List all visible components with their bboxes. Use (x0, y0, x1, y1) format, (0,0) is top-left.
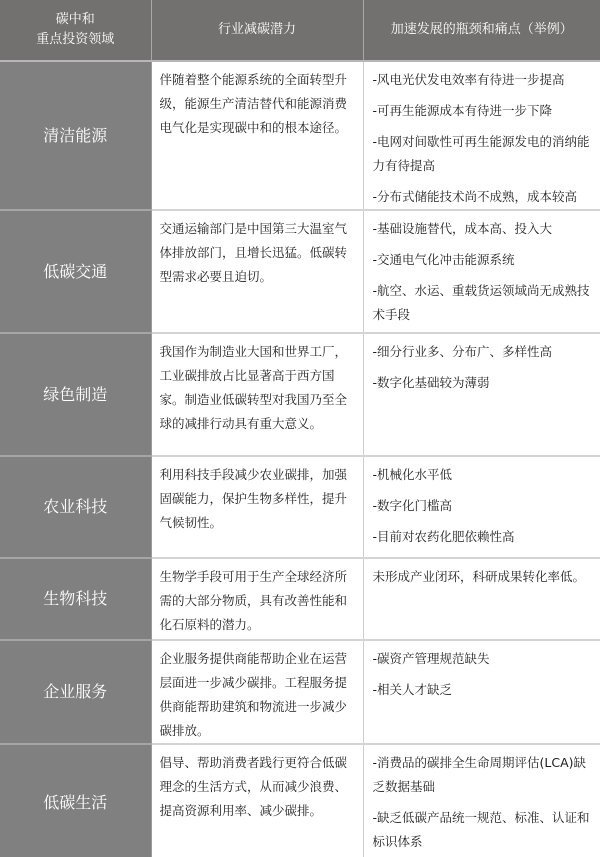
table-row: 清洁能源 伴随着整个能源系统的全面转型升级，能源生产清洁替代和能源消费电气化是实… (0, 61, 600, 210)
pain-point: 未形成产业闭环，科研成果转化率低。 (373, 565, 594, 589)
pain-point: -细分行业多、分布广、多样性高 (373, 340, 594, 364)
pain-point: -相关人才缺乏 (373, 678, 594, 702)
pain-point: -碳资产管理规范缺失 (373, 647, 594, 671)
potential-cell: 利用科技手段减少农业碳排，加强固碳能力，保护生物多样性，提升气候韧性。 (151, 456, 363, 558)
pain-point: -电网对间歇性可再生能源发电的消纳能力有待提高 (373, 130, 594, 178)
pain-point: -可再生能源成本有待进一步下降 (373, 99, 594, 123)
pain-points-cell: -消费品的碳排全生命周期评估(LCA)缺乏数据基础 -缺乏低碳产品统一规范、标准… (363, 744, 600, 857)
pain-point: -缺乏低碳产品统一规范、标准、认证和标识体系 (373, 806, 594, 854)
domain-cell: 绿色制造 (0, 333, 151, 456)
domain-cell: 生物科技 (0, 558, 151, 640)
header-col1-line2: 重点投资领域 (4, 30, 147, 50)
pain-points-cell: -碳资产管理规范缺失 -相关人才缺乏 (363, 640, 600, 744)
potential-cell: 我国作为制造业大国和世界工厂，工业碳排放占比显著高于西方国家。制造业低碳转型对我… (151, 333, 363, 456)
pain-point: -基础设施替代，成本高、投入大 (373, 217, 594, 241)
table-row: 绿色制造 我国作为制造业大国和世界工厂，工业碳排放占比显著高于西方国家。制造业低… (0, 333, 600, 456)
pain-point: -目前对农药化肥依赖性高 (373, 525, 594, 549)
pain-points-cell: -风电光伏发电效率有待进一步提高 -可再生能源成本有待进一步下降 -电网对间歇性… (363, 61, 600, 210)
potential-cell: 伴随着整个能源系统的全面转型升级，能源生产清洁替代和能源消费电气化是实现碳中和的… (151, 61, 363, 210)
header-row: 碳中和 重点投资领域 行业减碳潜力 加速发展的瓶颈和痛点（举例） (0, 0, 600, 61)
potential-cell: 生物学手段可用于生产全球经济所需的大部分物质，具有改善性能和化石原料的潜力。 (151, 558, 363, 640)
table-row: 生物科技 生物学手段可用于生产全球经济所需的大部分物质，具有改善性能和化石原料的… (0, 558, 600, 640)
table-body: 清洁能源 伴随着整个能源系统的全面转型升级，能源生产清洁替代和能源消费电气化是实… (0, 61, 600, 857)
pain-point: -数字化门槛高 (373, 494, 594, 518)
pain-point: -交通电气化冲击能源系统 (373, 248, 594, 272)
header-investment-domain: 碳中和 重点投资领域 (0, 0, 151, 61)
domain-cell: 清洁能源 (0, 61, 151, 210)
table-row: 低碳交通 交通运输部门是中国第三大温室气体排放部门，且增长迅猛。低碳转型需求必要… (0, 210, 600, 333)
pain-points-cell: -基础设施替代，成本高、投入大 -交通电气化冲击能源系统 -航空、水运、重载货运… (363, 210, 600, 333)
pain-point: -消费品的碳排全生命周期评估(LCA)缺乏数据基础 (373, 751, 594, 799)
domain-cell: 低碳交通 (0, 210, 151, 333)
domain-cell: 低碳生活 (0, 744, 151, 857)
potential-cell: 企业服务提供商能帮助企业在运营层面进一步减少碳排。工程服务提供商能帮助建筑和物流… (151, 640, 363, 744)
domain-cell: 农业科技 (0, 456, 151, 558)
table-row: 低碳生活 倡导、帮助消费者践行更符合低碳理念的生活方式，从而减少浪费、提高资源利… (0, 744, 600, 857)
pain-points-cell: -细分行业多、分布广、多样性高 -数字化基础较为薄弱 (363, 333, 600, 456)
pain-point: -分布式储能技术尚不成熟，成本较高 (373, 185, 594, 209)
pain-point: -风电光伏发电效率有待进一步提高 (373, 68, 594, 92)
header-reduction-potential: 行业减碳潜力 (151, 0, 363, 61)
domain-cell: 企业服务 (0, 640, 151, 744)
header-col1-line1: 碳中和 (4, 10, 147, 30)
pain-point: -航空、水运、重载货运领域尚无成熟技术手段 (373, 279, 594, 327)
pain-point: -机械化水平低 (373, 463, 594, 487)
pain-points-cell: -机械化水平低 -数字化门槛高 -目前对农药化肥依赖性高 (363, 456, 600, 558)
table-row: 企业服务 企业服务提供商能帮助企业在运营层面进一步减少碳排。工程服务提供商能帮助… (0, 640, 600, 744)
table-row: 农业科技 利用科技手段减少农业碳排，加强固碳能力，保护生物多样性，提升气候韧性。… (0, 456, 600, 558)
table-header: 碳中和 重点投资领域 行业减碳潜力 加速发展的瓶颈和痛点（举例） (0, 0, 600, 61)
pain-points-cell: 未形成产业闭环，科研成果转化率低。 (363, 558, 600, 640)
carbon-neutral-investment-table: 碳中和 重点投资领域 行业减碳潜力 加速发展的瓶颈和痛点（举例） 清洁能源 伴随… (0, 0, 600, 857)
header-bottlenecks: 加速发展的瓶颈和痛点（举例） (363, 0, 600, 61)
potential-cell: 交通运输部门是中国第三大温室气体排放部门，且增长迅猛。低碳转型需求必要且迫切。 (151, 210, 363, 333)
pain-point: -数字化基础较为薄弱 (373, 371, 594, 395)
potential-cell: 倡导、帮助消费者践行更符合低碳理念的生活方式，从而减少浪费、提高资源利用率、减少… (151, 744, 363, 857)
